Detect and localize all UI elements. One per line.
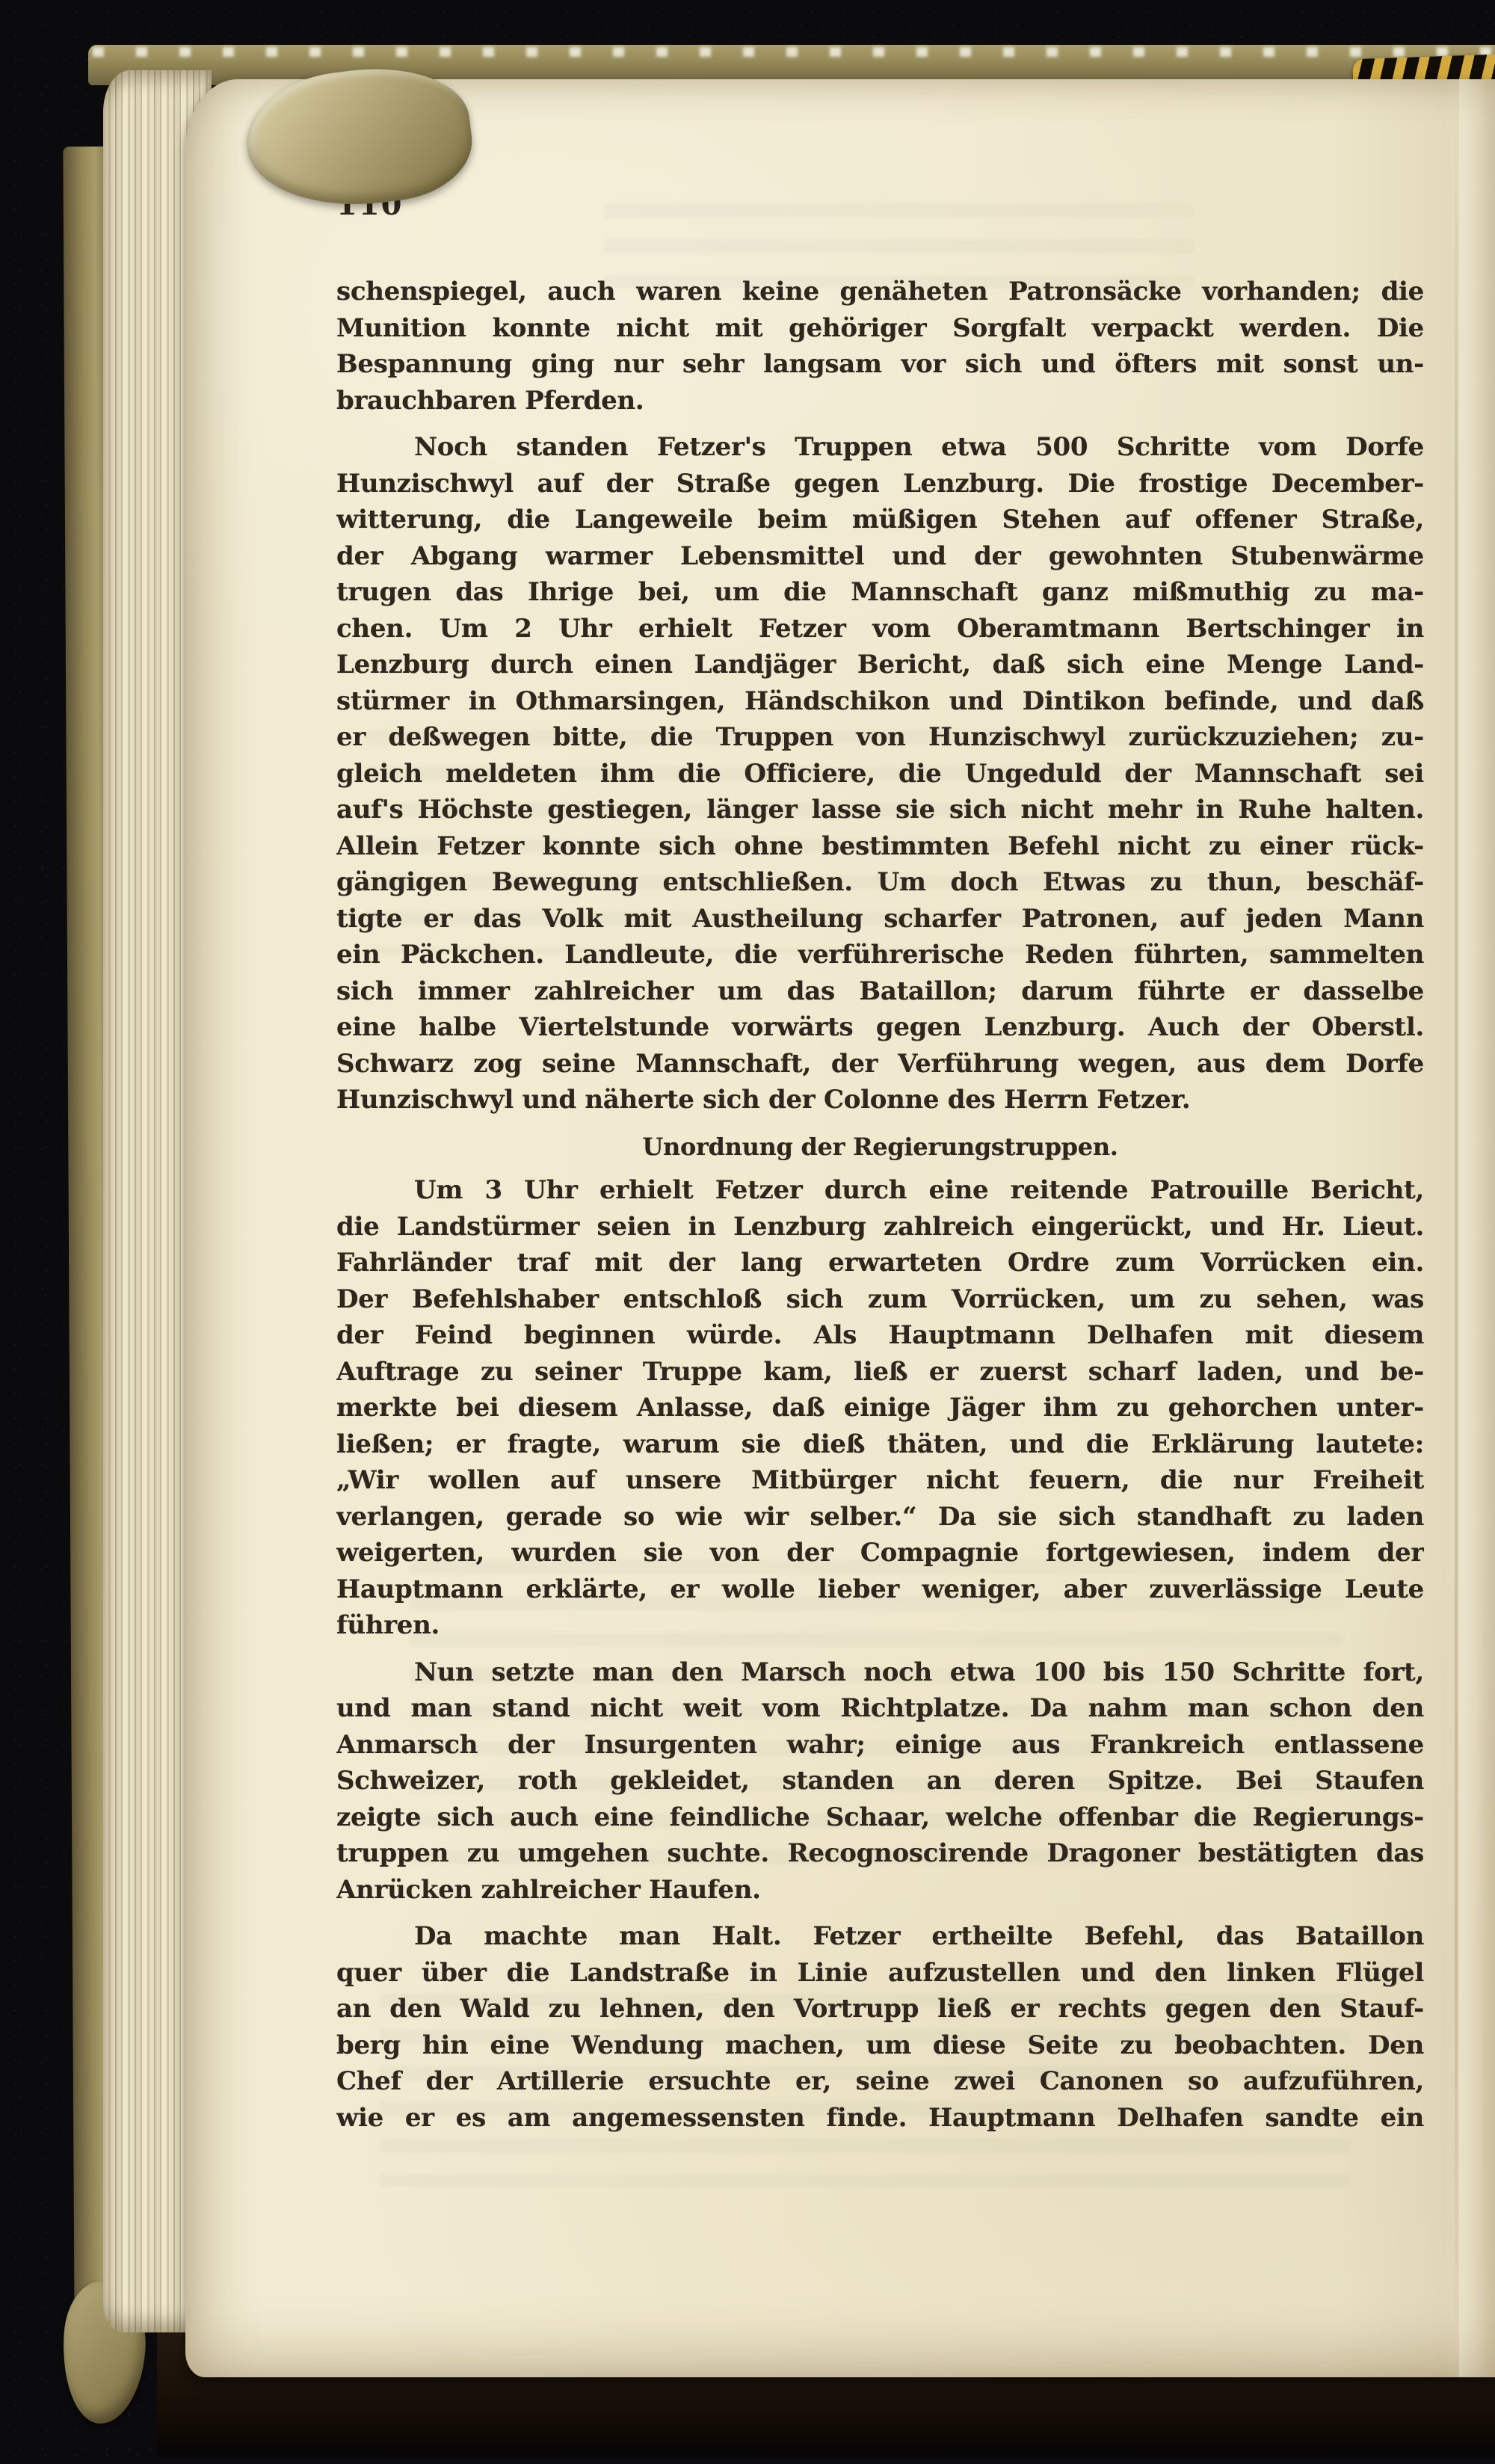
text-line: Da machte man Halt. Fetzer ertheilte Bef… [336, 1918, 1424, 1955]
paragraph: schenspiegel, auch waren keine genäheten… [336, 274, 1424, 419]
text-line: schenspiegel, auch waren keine genäheten… [336, 274, 1424, 310]
text-block: schenspiegel, auch waren keine genäheten… [336, 274, 1424, 2146]
text-line: Der Befehlshaber entschloß sich zum Vorr… [336, 1281, 1424, 1318]
text-line: „Wir wollen auf unsere Mitbürger nicht f… [336, 1462, 1424, 1499]
text-line: Auftrage zu seiner Truppe kam, ließ er z… [336, 1354, 1424, 1390]
paragraph: Da machte man Halt. Fetzer ertheilte Bef… [336, 1918, 1424, 2136]
text-line: zeigte sich auch eine feindliche Schaar,… [336, 1799, 1424, 1836]
text-line: Anrücken zahlreicher Haufen. [336, 1872, 1424, 1909]
text-line: an den Wald zu lehnen, den Vortrupp ließ… [336, 1991, 1424, 2027]
section-heading: Unordnung der Regierungstruppen. [336, 1129, 1424, 1165]
gutter-crease [1455, 124, 1458, 2347]
text-line: verlangen, gerade so wie wir selber.“ Da… [336, 1499, 1424, 1536]
text-line: gängigen Bewegung entschließen. Um doch … [336, 864, 1424, 901]
text-line: gleich meldeten ihm die Officiere, die U… [336, 756, 1424, 792]
text-line: chen. Um 2 Uhr erhielt Fetzer vom Oberam… [336, 611, 1424, 647]
text-line: Anmarsch der Insurgenten wahr; einige au… [336, 1727, 1424, 1764]
text-line: Allein Fetzer konnte sich ohne bestimmte… [336, 828, 1424, 865]
paragraph: Um 3 Uhr erhielt Fetzer durch eine reite… [336, 1172, 1424, 1644]
text-line: Schwarz zog seine Mannschaft, der Verfüh… [336, 1046, 1424, 1082]
paragraph: Nun setzte man den Marsch noch etwa 100 … [336, 1654, 1424, 1909]
text-line: weigerten, wurden sie von der Compagnie … [336, 1535, 1424, 1571]
text-line: Bespannung ging nur sehr langsam vor sic… [336, 346, 1424, 383]
text-line: merkte bei diesem Anlasse, daß einige Jä… [336, 1390, 1424, 1426]
text-line: Chef der Artillerie ersuchte er, seine z… [336, 2063, 1424, 2100]
text-line: Hunzischwyl und näherte sich der Colonne… [336, 1082, 1424, 1118]
text-line: der Abgang warmer Lebensmittel und der g… [336, 538, 1424, 575]
text-line: brauchbaren Pferden. [336, 383, 1424, 419]
text-line: Hauptmann erklärte, er wolle lieber weni… [336, 1571, 1424, 1608]
text-line: Lenzburg durch einen Landjäger Bericht, … [336, 647, 1424, 683]
text-line: Hunzischwyl auf der Straße gegen Lenzbur… [336, 466, 1424, 502]
text-line: quer über die Landstraße in Linie aufzus… [336, 1955, 1424, 1992]
text-line: Nun setzte man den Marsch noch etwa 100 … [336, 1654, 1424, 1691]
text-line: wie er es am angemessensten finde. Haupt… [336, 2100, 1424, 2137]
book-page: 110 schenspiegel, auch waren keine genäh… [185, 79, 1495, 2377]
text-line: trugen das Ihrige bei, um die Mannschaft… [336, 574, 1424, 611]
text-line: Noch standen Fetzer's Truppen etwa 500 S… [336, 429, 1424, 466]
book-photo: 110 schenspiegel, auch waren keine genäh… [0, 0, 1495, 2464]
text-line: auf's Höchste gestiegen, länger lasse si… [336, 792, 1424, 828]
text-line: ein Päckchen. Landleute, die verführeris… [336, 937, 1424, 973]
text-line: und man stand nicht weit vom Richtplatze… [336, 1690, 1424, 1727]
text-line: Munition konnte nicht mit gehöriger Sorg… [336, 310, 1424, 347]
text-line: Fahrländer traf mit der lang erwarteten … [336, 1245, 1424, 1281]
text-line: truppen zu umgehen suchte. Recognosciren… [336, 1835, 1424, 1872]
text-line: die Landstürmer seien in Lenzburg zahlre… [336, 1209, 1424, 1245]
text-line: der Feind beginnen würde. Als Hauptmann … [336, 1317, 1424, 1354]
text-line: witterung, die Langeweile beim müßigen S… [336, 502, 1424, 538]
paragraph: Noch standen Fetzer's Truppen etwa 500 S… [336, 429, 1424, 1118]
text-line: berg hin eine Wendung machen, um diese S… [336, 2027, 1424, 2064]
text-line: stürmer in Othmarsingen, Händschikon und… [336, 683, 1424, 720]
text-line: eine halbe Viertelstunde vorwärts gegen … [336, 1009, 1424, 1046]
text-line: Schweizer, roth gekleidet, standen an de… [336, 1763, 1424, 1799]
text-line: er deßwegen bitte, die Truppen von Hunzi… [336, 719, 1424, 756]
text-line: Um 3 Uhr erhielt Fetzer durch eine reite… [336, 1172, 1424, 1209]
text-line: sich immer zahlreicher um das Bataillon;… [336, 973, 1424, 1010]
text-line: ließen; er fragte, warum sie dieß thäten… [336, 1426, 1424, 1463]
gutter-highlight [1459, 79, 1495, 2377]
text-line: führen. [336, 1607, 1424, 1644]
text-line: tigte er das Volk mit Austheilung scharf… [336, 901, 1424, 937]
